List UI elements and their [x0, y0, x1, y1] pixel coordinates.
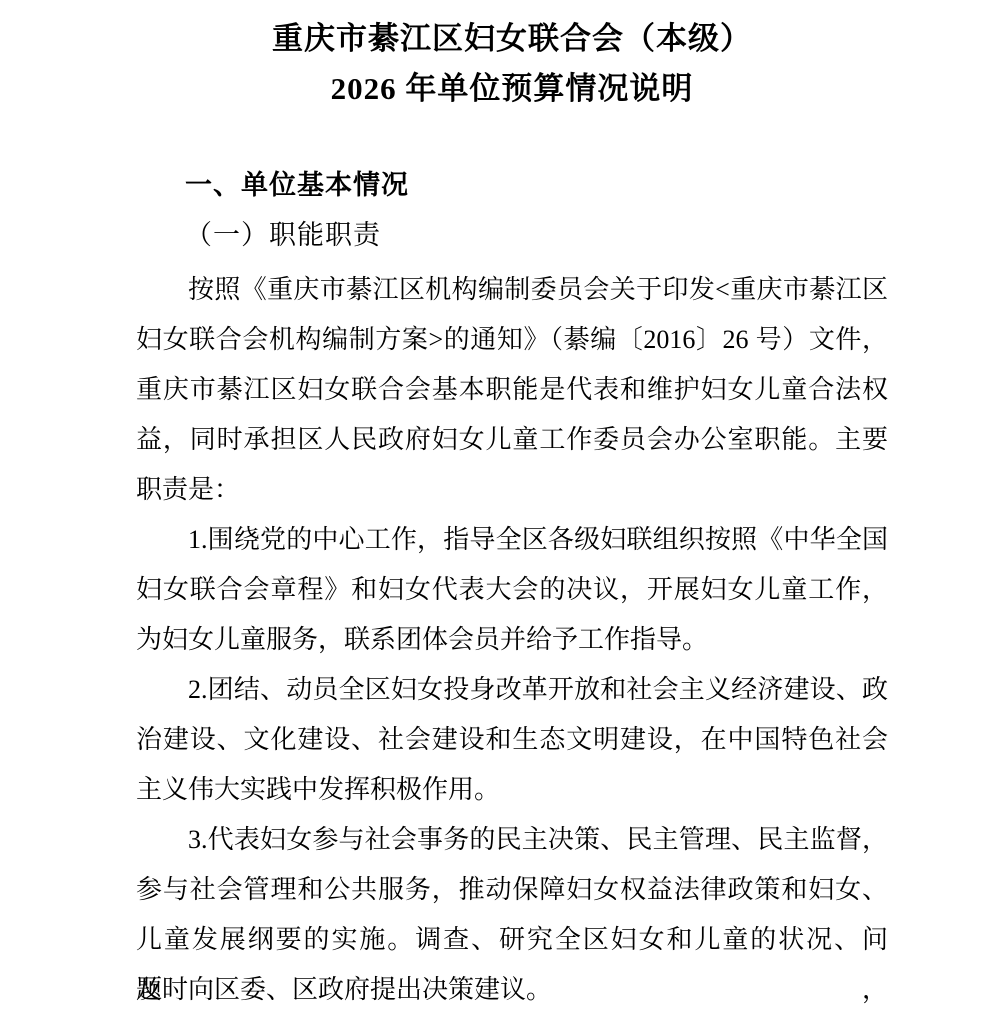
paragraph-2: 1.围绕党的中心工作，指导全区各级妇联组织按照《中华全国 妇女联合会章程》和妇女… [136, 515, 888, 665]
body-line: 为妇女儿童服务，联系团体会员并给予工作指导。 [136, 615, 888, 665]
body-line: 妇女联合会章程》和妇女代表大会的决议，开展妇女儿童工作， [136, 565, 888, 615]
body-line: 2.团结、动员全区妇女投身改革开放和社会主义经济建设、政 [136, 665, 888, 715]
document-title: 重庆市綦江区妇女联合会（本级） 2026 年单位预算情况说明 [136, 14, 888, 114]
body-line: 1.围绕党的中心工作，指导全区各级妇联组织按照《中华全国 [136, 515, 888, 565]
body-line: 儿童发展纲要的实施。调查、研究全区妇女和儿童的状况、问题， [136, 915, 888, 965]
body-line: 参与社会管理和公共服务，推动保障妇女权益法律政策和妇女、 [136, 865, 888, 915]
document-body: 按照《重庆市綦江区机构编制委员会关于印发<重庆市綦江区 妇女联合会机构编制方案>… [136, 265, 888, 1013]
document-title-line-2: 2026 年单位预算情况说明 [136, 64, 888, 114]
paragraph-3: 2.团结、动员全区妇女投身改革开放和社会主义经济建设、政 治建设、文化建设、社会… [136, 665, 888, 815]
body-line: 按照《重庆市綦江区机构编制委员会关于印发<重庆市綦江区 [136, 265, 888, 315]
paragraph-1: 按照《重庆市綦江区机构编制委员会关于印发<重庆市綦江区 妇女联合会机构编制方案>… [136, 265, 888, 515]
document-page: 重庆市綦江区妇女联合会（本级） 2026 年单位预算情况说明 一、单位基本情况 … [0, 0, 1000, 1013]
body-line: 重庆市綦江区妇女联合会基本职能是代表和维护妇女儿童合法权 [136, 365, 888, 415]
body-line: 益，同时承担区人民政府妇女儿童工作委员会办公室职能。主要 [136, 415, 888, 465]
subsection-heading: （一）职能职责 [136, 218, 888, 252]
section-heading: 一、单位基本情况 [136, 168, 888, 202]
body-line: 职责是： [136, 465, 888, 515]
body-line: 3.代表妇女参与社会事务的民主决策、民主管理、民主监督， [136, 815, 888, 865]
document-title-line-1: 重庆市綦江区妇女联合会（本级） [136, 14, 888, 64]
body-line: 治建设、文化建设、社会建设和生态文明建设，在中国特色社会 [136, 715, 888, 765]
paragraph-4: 3.代表妇女参与社会事务的民主决策、民主管理、民主监督， 参与社会管理和公共服务… [136, 815, 888, 1013]
body-line: 主义伟大实践中发挥积极作用。 [136, 765, 888, 815]
body-line: 妇女联合会机构编制方案>的通知》（綦编〔2016〕26 号）文件， [136, 315, 888, 365]
